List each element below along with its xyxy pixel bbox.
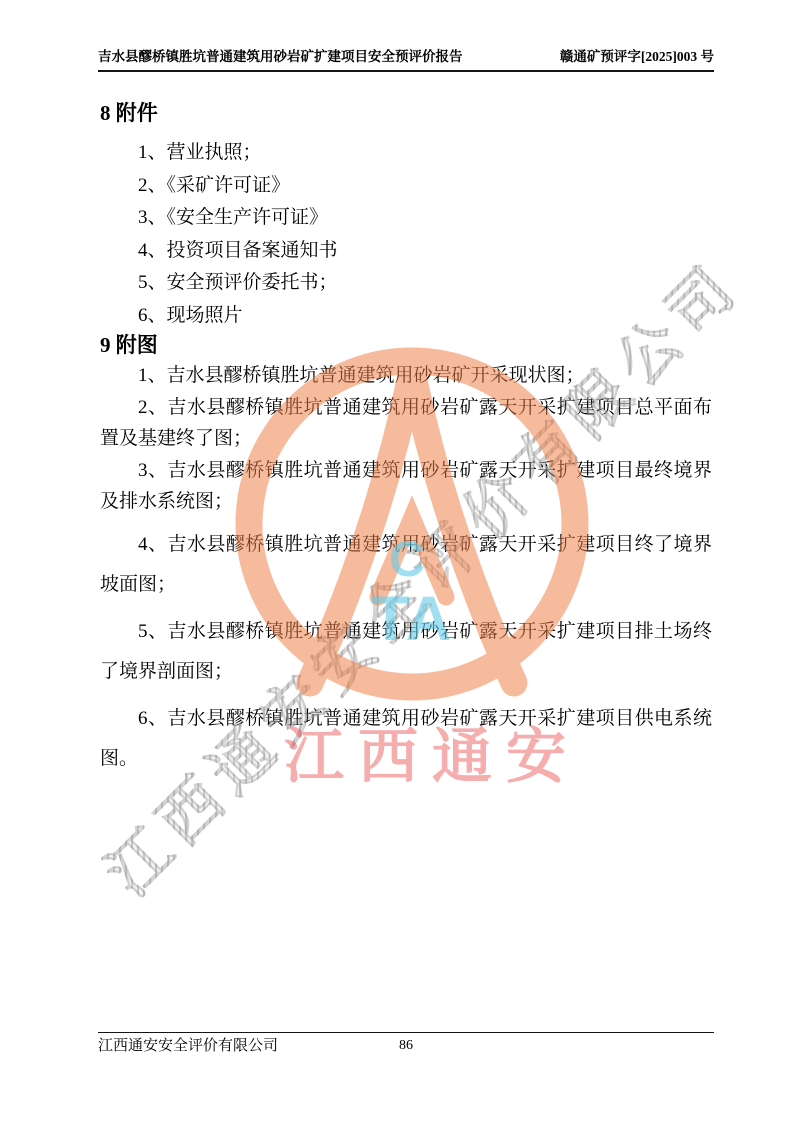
attachment-item: 6、现场照片 <box>100 300 712 333</box>
page-number: 86 <box>399 1036 413 1056</box>
page-content: 8 附件 1、营业执照；2、《采矿许可证》3、《安全生产许可证》4、投资项目备案… <box>100 92 712 779</box>
page-footer: 江西通安安全评价有限公司 86 <box>98 1032 714 1056</box>
attachment-item: 2、《采矿许可证》 <box>100 170 712 203</box>
figures-list: 1、吉水县醪桥镇胜坑普通建筑用砂岩矿开采现状图；2、吉水县醪桥镇胜坑普通建筑用砂… <box>100 360 712 779</box>
attachment-item: 1、营业执照； <box>100 137 712 170</box>
figure-item: 2、吉水县醪桥镇胜坑普通建筑用砂岩矿露天开采扩建项目总平面布置及基建终了图； <box>100 392 712 455</box>
attachments-list: 1、营业执照；2、《采矿许可证》3、《安全生产许可证》4、投资项目备案通知书5、… <box>100 137 712 332</box>
attachment-item: 3、《安全生产许可证》 <box>100 202 712 235</box>
figures-heading: 9 附图 <box>100 332 712 358</box>
figure-item: 4、吉水县醪桥镇胜坑普通建筑用砂岩矿露天开采扩建项目终了境界坡面图； <box>100 525 712 605</box>
figure-item: 1、吉水县醪桥镇胜坑普通建筑用砂岩矿开采现状图； <box>100 360 712 392</box>
attachment-item: 4、投资项目备案通知书 <box>100 235 712 268</box>
page-header: 吉水县醪桥镇胜坑普通建筑用砂岩矿扩建项目安全预评价报告 赣通矿预评字[2025]… <box>98 48 714 72</box>
doc-number: 赣通矿预评字[2025]003 号 <box>560 48 714 66</box>
report-title: 吉水县醪桥镇胜坑普通建筑用砂岩矿扩建项目安全预评价报告 <box>98 48 463 66</box>
document-page: 吉水县醪桥镇胜坑普通建筑用砂岩矿扩建项目安全预评价报告 赣通矿预评字[2025]… <box>0 0 793 1122</box>
figure-item: 3、吉水县醪桥镇胜坑普通建筑用砂岩矿露天开采扩建项目最终境界及排水系统图； <box>100 455 712 518</box>
figure-item: 5、吉水县醪桥镇胜坑普通建筑用砂岩矿露天开采扩建项目排土场终了境界剖面图； <box>100 612 712 692</box>
attachment-item: 5、安全预评价委托书； <box>100 267 712 300</box>
footer-company-name: 江西通安安全评价有限公司 <box>98 1036 278 1056</box>
figure-item: 6、吉水县醪桥镇胜坑普通建筑用砂岩矿露天开采扩建项目供电系统图。 <box>100 699 712 779</box>
attachments-heading: 8 附件 <box>100 100 712 126</box>
